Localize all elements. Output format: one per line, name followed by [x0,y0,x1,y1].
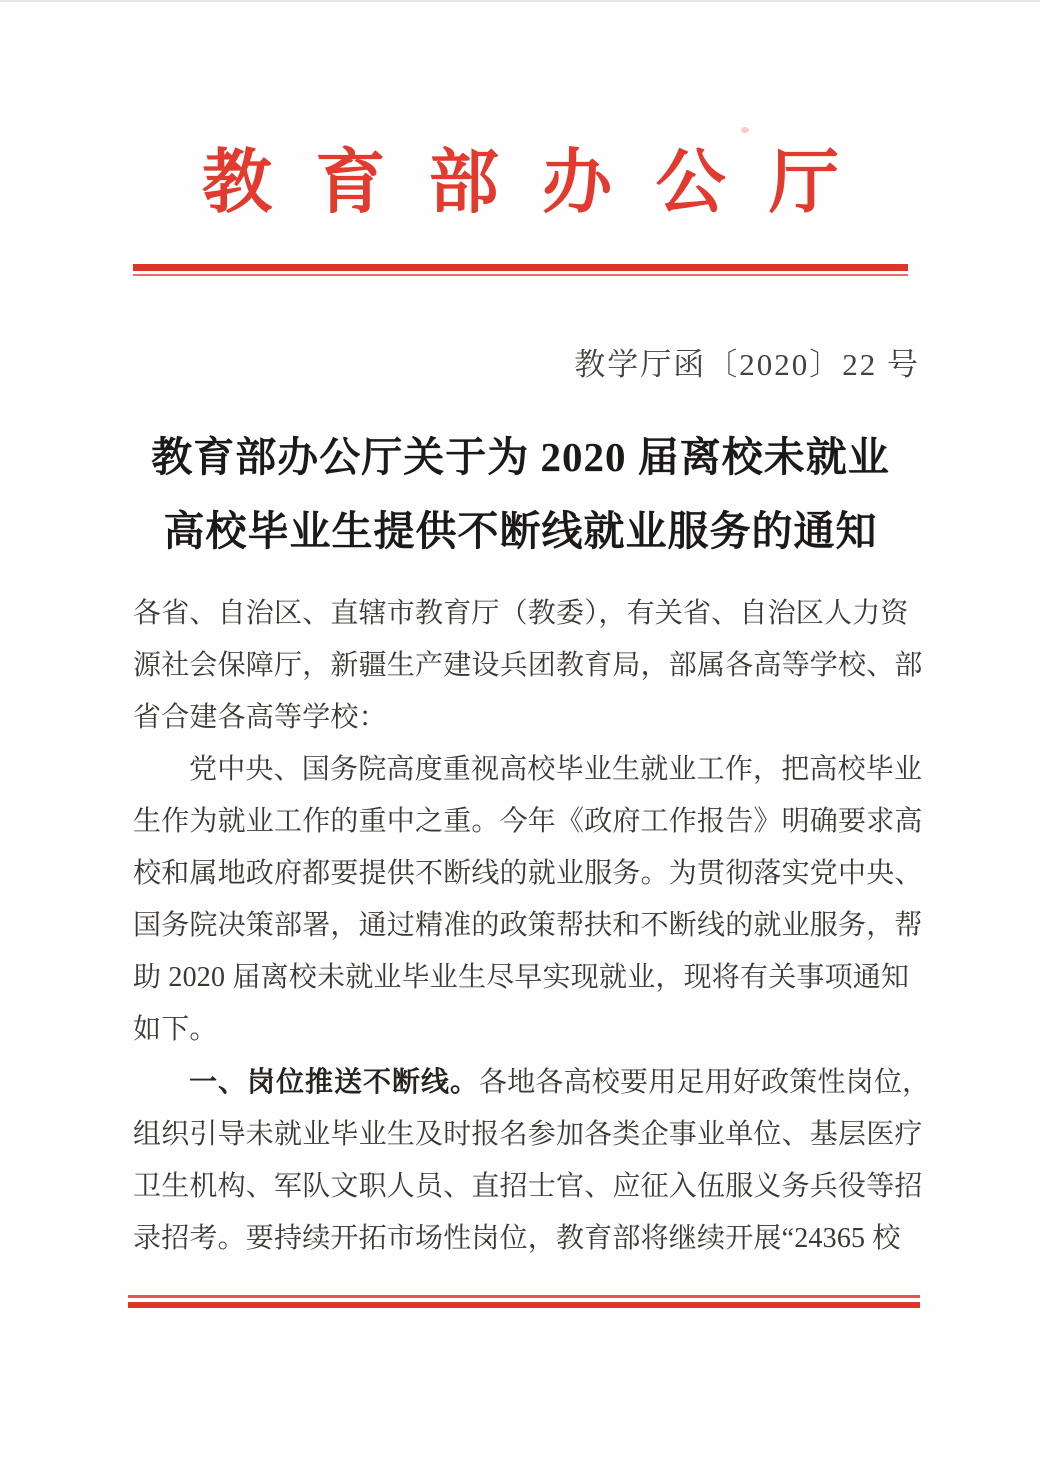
body-line-intro: 校和属地政府都要提供不断线的就业服务。为贯彻落实党中央、 [133,848,908,900]
document-title-line2: 高校毕业生提供不断线就业服务的通知 [133,494,908,568]
document-body: 各省、自治区、直辖市教育厅（教委），有关省、自治区人力资 源社会保障厅，新疆生产… [133,588,908,1265]
divider-thin-line [128,1295,920,1298]
letterhead-divider [133,264,908,276]
body-line-section1: 录招考。要持续开拓市场性岗位，教育部将继续开展“24365 校 [133,1213,908,1265]
document-title: 教育部办公厅关于为 2020 届离校未就业 高校毕业生提供不断线就业服务的通知 [133,420,908,568]
document-number: 教学厅函〔2020〕22 号 [133,346,920,384]
section1-heading: 一、岗位推送不断线。 [189,1066,479,1097]
document-content: 教育部办公厅 教学厅函〔2020〕22 号 教育部办公厅关于为 2020 届离校… [0,148,1040,1308]
scan-top-edge [0,0,1040,2]
page-bottom-divider [128,1295,920,1308]
body-line-intro: 国务院决策部署，通过精准的政策帮扶和不断线的就业服务，帮 [133,900,908,952]
divider-thick-line [133,264,908,271]
section1-text: 各地各高校要用足用好政策性岗位， [479,1067,930,1098]
body-line-section1: 一、岗位推送不断线。各地各高校要用足用好政策性岗位， [133,1056,908,1109]
divider-thick-line [128,1302,920,1308]
body-line-recipients: 源社会保障厅，新疆生产建设兵团教育局，部属各高等学校、部 [133,640,908,692]
body-line-recipients: 省合建各高等学校： [133,692,908,744]
scan-artifact-dot [741,127,749,133]
body-line-recipients: 各省、自治区、直辖市教育厅（教委），有关省、自治区人力资 [133,588,908,640]
body-line-intro: 党中央、国务院高度重视高校毕业生就业工作，把高校毕业 [133,744,908,796]
document-title-line1: 教育部办公厅关于为 2020 届离校未就业 [133,420,908,494]
body-line-section1: 卫生机构、军队文职人员、直招士官、应征入伍服义务兵役等招 [133,1161,908,1213]
body-line-intro: 生作为就业工作的重中之重。今年《政府工作报告》明确要求高 [133,796,908,848]
document-page: 教育部办公厅 教学厅函〔2020〕22 号 教育部办公厅关于为 2020 届离校… [0,0,1040,1480]
letterhead-title: 教育部办公厅 [133,148,908,220]
body-line-section1: 组织引导未就业毕业生及时报名参加各类企事业单位、基层医疗 [133,1109,908,1161]
body-line-intro: 如下。 [133,1004,908,1056]
divider-thin-line [133,274,908,276]
body-line-intro: 助 2020 届离校未就业毕业生尽早实现就业，现将有关事项通知 [133,952,908,1004]
